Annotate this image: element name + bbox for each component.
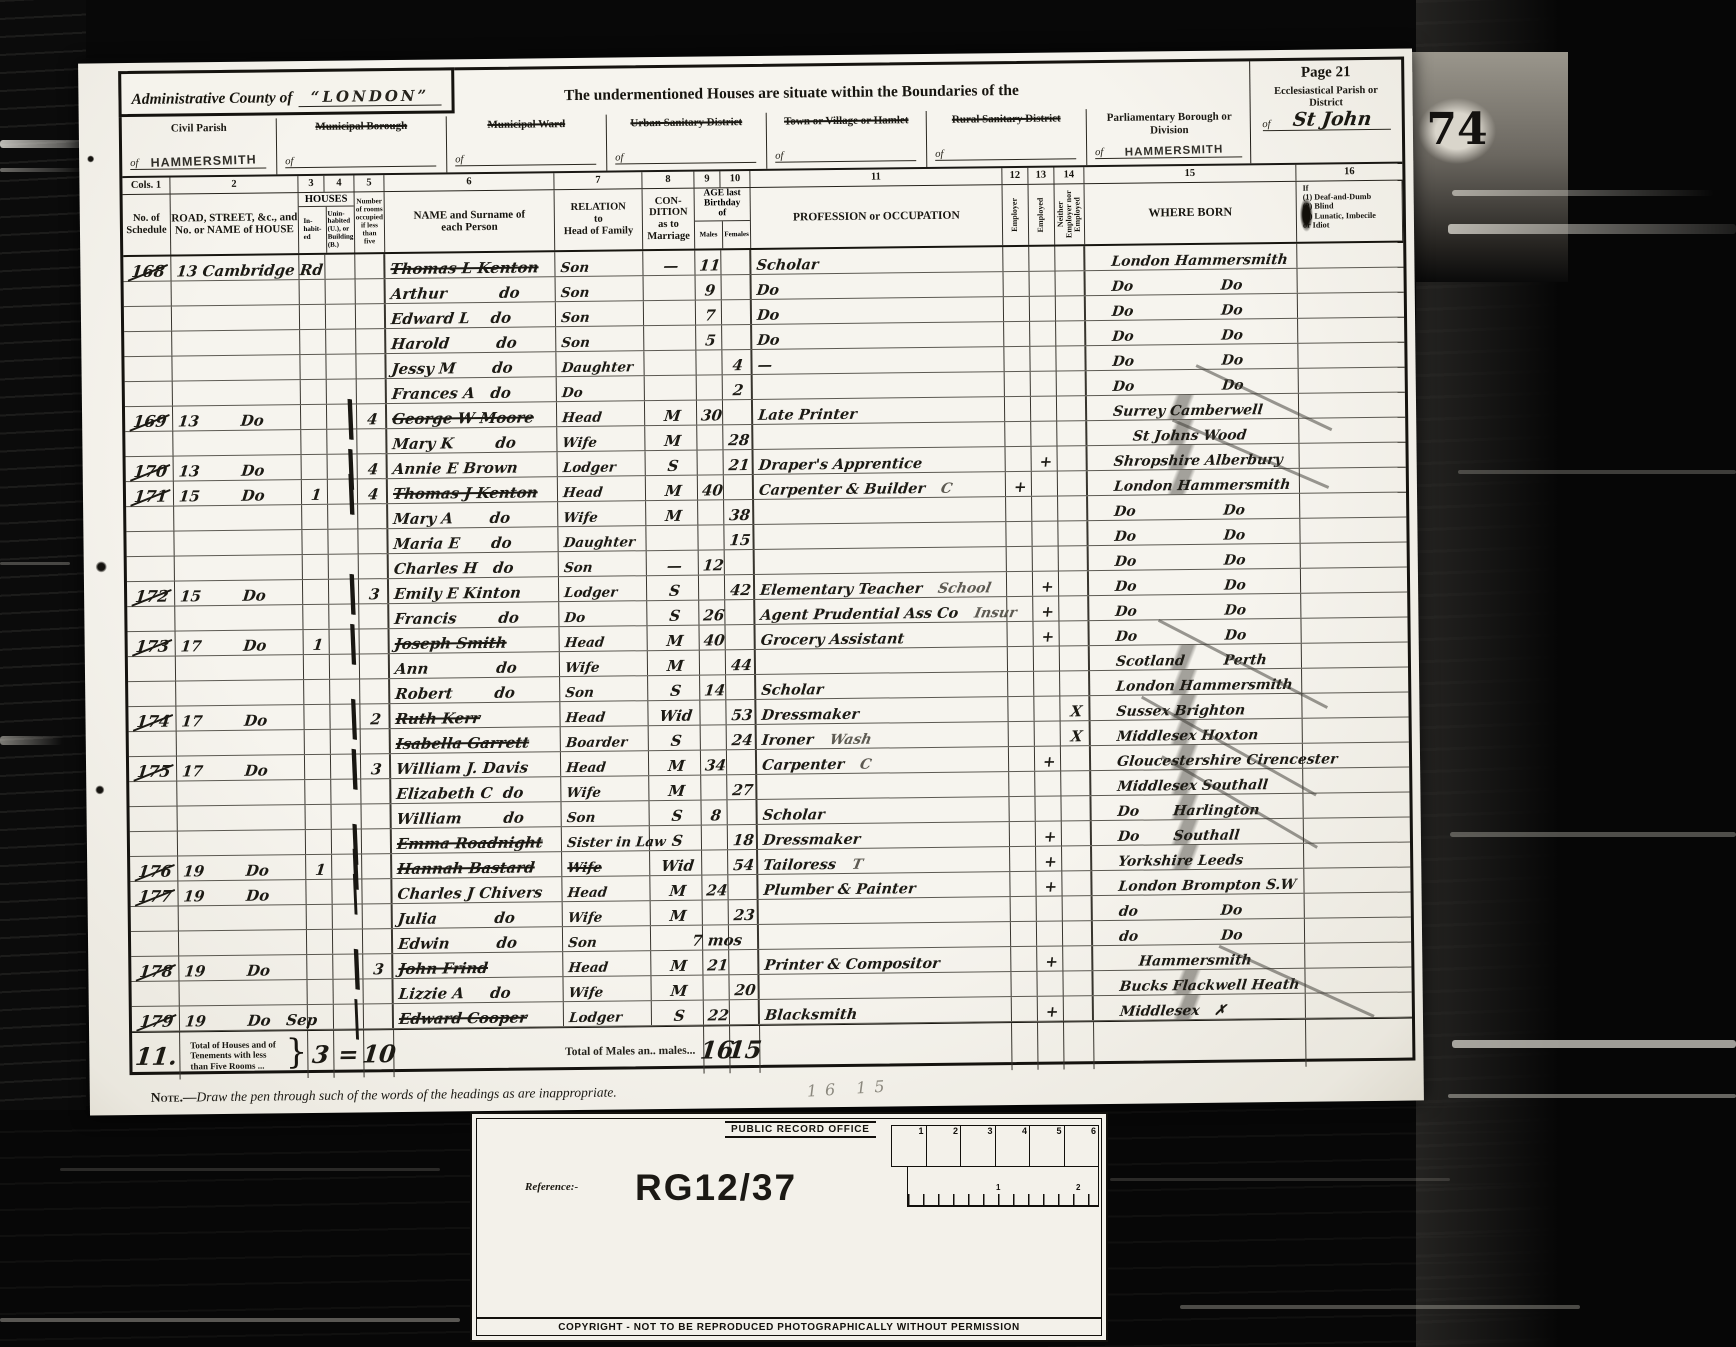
cell-rooms: ╲╲4 (358, 454, 388, 478)
cell-condition: M (645, 426, 697, 451)
cell-rooms (361, 804, 391, 828)
cell-where-born: Middlesex Hoxton (1091, 719, 1303, 745)
municipal-ward-line: of (455, 153, 596, 167)
cell-age-male: 5 (696, 325, 722, 349)
header-infirmities: If (1) Deaf-and-Dumb (2) Blind (3) Lunat… (1296, 181, 1403, 242)
cell-employer (1011, 922, 1037, 946)
cell-infirmities (1305, 943, 1411, 968)
cell-name: Frances A do (387, 377, 557, 403)
cell-age-female (721, 250, 751, 274)
totals-rooms: 10 (364, 1030, 395, 1077)
header-where-born: WHERE BORN (1085, 182, 1298, 244)
parliamentary-borough-line: of HAMMERSMITH (1095, 144, 1242, 159)
cell-road: 13 Do (173, 405, 301, 430)
cell-age-male (699, 575, 725, 599)
cell-road: 15 Do (175, 580, 303, 605)
totals-houses-label: Total of Houses and of Tenements with le… (180, 1037, 277, 1074)
cell-age-female (728, 875, 758, 899)
cell-where-born: London Hammersmith (1088, 469, 1300, 495)
cell-inhabited (300, 305, 326, 329)
cell-where-born: Yorkshire Leeds (1092, 844, 1304, 870)
film-scratch (1180, 1305, 1580, 1309)
cell-where-born: Sussex Brighton (1090, 694, 1302, 720)
cell-infirmities (1302, 693, 1408, 718)
cell-age-female: 4 (722, 350, 752, 374)
cell-where-born: do Do (1093, 919, 1305, 945)
cell-employed: + (1036, 821, 1062, 845)
cell-age-male (697, 425, 723, 449)
cell-relation: Do (557, 376, 645, 401)
col-num-2: 2 (170, 176, 298, 193)
cell-schedule (131, 932, 179, 957)
town-village-label: Town or Village or Hamlet (767, 114, 926, 128)
cell-rooms: ╲ (364, 1004, 394, 1028)
cell-name: Isabella Garrett (391, 727, 561, 753)
cell-where-born: Do Do (1088, 519, 1300, 545)
cell-inhabited (300, 355, 326, 379)
cell-where-born: do Do (1093, 894, 1305, 920)
header-occupation: PROFESSION or OCCUPATION (751, 185, 1004, 248)
cell-employer (1005, 397, 1031, 421)
cell-name: Ann do (390, 652, 560, 678)
cell-employed: + (1038, 996, 1064, 1020)
cell-where-born: Scotland Perth (1090, 644, 1302, 670)
cell-condition: M (646, 476, 698, 501)
cell-age-male: 22 (704, 1000, 730, 1024)
cell-age-female (727, 800, 757, 824)
cell-occupation: Dressmaker (758, 822, 1010, 849)
cell-rooms (363, 979, 393, 1003)
cell-uninhabited (326, 279, 356, 303)
cell-age-female (722, 325, 752, 349)
cell-employer (1007, 622, 1033, 646)
cell-rooms (357, 379, 387, 403)
cell-neither (1059, 571, 1089, 595)
cell-condition (644, 326, 696, 351)
cell-condition: S (646, 451, 698, 476)
cell-rooms: ╲╲3 (359, 579, 389, 603)
ruler-fine-number: 2 (1076, 1183, 1080, 1192)
cell-employer (1005, 372, 1031, 396)
cell-employed (1030, 347, 1056, 371)
cell-age-female (729, 950, 759, 974)
cell-schedule (129, 782, 177, 807)
cell-name: Mary K do (387, 427, 557, 453)
cell-age-male (700, 700, 726, 724)
cell-name: Edward Cooper (394, 1002, 564, 1028)
cell-infirmities (1301, 543, 1407, 568)
cell-condition: M (649, 751, 701, 776)
cell-employer (1004, 272, 1030, 296)
cell-schedule: 171 (126, 482, 174, 507)
cell-age-male: 40 (698, 475, 724, 499)
of-label: of (285, 156, 296, 167)
cell-employer (1004, 322, 1030, 346)
cell-condition (644, 351, 696, 376)
cell-name: Charles J Chivers (392, 877, 562, 903)
cell-age-male (698, 525, 724, 549)
cell-name: William J. Davis (391, 752, 561, 778)
cell-infirmities (1303, 793, 1409, 818)
reference-label: Reference:- (525, 1181, 578, 1193)
cell-condition: S (648, 676, 700, 701)
cell-employer (1006, 497, 1032, 521)
cell-neither (1058, 471, 1088, 495)
cell-name: Edwin do (393, 927, 563, 953)
cell-road (172, 280, 300, 305)
cell-condition: S (649, 801, 701, 826)
district-header-row: Civil Parish of HAMMERSMITH Municipal Bo… (122, 107, 1251, 176)
cell-inhabited (301, 430, 327, 454)
cell-road: 19 Do (178, 855, 306, 880)
col-num-9: 9 (694, 171, 720, 187)
cell-neither (1059, 596, 1089, 620)
cell-employed (1029, 247, 1055, 271)
cell-age-male: 14 (700, 675, 726, 699)
cell-where-born: Do Do (1086, 294, 1298, 320)
cell-neither (1056, 321, 1086, 345)
cell-infirmities (1298, 343, 1404, 368)
cell-neither (1057, 446, 1087, 470)
admin-county-value: “LONDON” (298, 86, 441, 107)
cell-rooms: ╲╲4 (357, 404, 387, 428)
col-num-14: 14 (1054, 167, 1084, 183)
cell-age-female (726, 675, 756, 699)
header-males: Males (695, 221, 723, 248)
cell-occupation: Carpenter & BuilderC (754, 472, 1006, 499)
cell-where-born: Middlesex Southall (1091, 769, 1303, 795)
pro-reference-stamp: PUBLIC RECORD OFFICE Reference:- RG12/37… (470, 1112, 1108, 1342)
cell-neither (1059, 621, 1089, 645)
cell-neither: X (1060, 696, 1090, 720)
cell-where-born: Gloucestershire Cirencester (1091, 744, 1303, 770)
cell-inhabited (303, 555, 329, 579)
ruler-number: 2 (927, 1126, 962, 1166)
cell-occupation: Do (752, 297, 1004, 324)
cell-relation: Wife (563, 901, 651, 926)
cell-uninhabited (333, 929, 363, 953)
cell-where-born: Do Do (1087, 369, 1299, 395)
pencil-annotation: T (850, 858, 863, 872)
table-body: 168 13 Cambridge Rd Thomas L Kenton Son … (123, 243, 1412, 1032)
cell-condition: S (652, 1001, 704, 1026)
cell-infirmities (1305, 918, 1411, 943)
cell-schedule (128, 657, 176, 682)
film-scratch (1452, 190, 1714, 196)
cell-occupation (753, 372, 1005, 399)
cell-age-female (723, 400, 753, 424)
cell-employed (1034, 696, 1060, 720)
cell-name: George W Moore (387, 402, 557, 428)
cell-occupation: Draper's Apprentice (754, 447, 1006, 474)
cell-infirmities (1305, 968, 1411, 993)
cell-age-female (727, 750, 757, 774)
header-females: Females (723, 221, 750, 248)
cell-schedule (131, 907, 179, 932)
cell-relation: Head (557, 401, 645, 426)
cell-condition: M (646, 501, 698, 526)
cell-employed (1030, 322, 1056, 346)
scale-ruler: 1 2 3 4 5 6 1 2 (891, 1125, 1099, 1221)
cell-neither (1064, 996, 1094, 1020)
cell-infirmities (1305, 893, 1411, 918)
col-num-3: 3 (298, 176, 324, 192)
cell-employed (1030, 297, 1056, 321)
col-num-12: 12 (1002, 168, 1028, 184)
cell-uninhabited (329, 554, 359, 578)
header-relation: RELATION to Head of Family (555, 189, 644, 250)
cell-inhabited (306, 830, 332, 854)
civil-parish-line: of HAMMERSMITH (130, 153, 266, 170)
cell-infirmities (1300, 493, 1406, 518)
cell-condition: S (647, 601, 699, 626)
cell-relation: Head (562, 876, 650, 901)
film-number: 74 (1418, 98, 1496, 164)
totals-uninhabited: = (334, 1030, 365, 1077)
cell-relation: Head (558, 476, 646, 501)
cell-uninhabited (334, 1004, 364, 1028)
cell-inhabited (301, 380, 327, 404)
film-scratch (0, 168, 92, 172)
cell-employer (1012, 997, 1038, 1021)
cell-where-born: Do Harlington (1091, 794, 1303, 820)
cell-occupation: CarpenterC (757, 747, 1009, 774)
cell-rooms (356, 304, 386, 328)
cell-age-male (698, 500, 724, 524)
film-scratch (0, 562, 70, 565)
cell-employer (1008, 697, 1034, 721)
cell-condition (646, 526, 698, 551)
cell-relation: Wife (558, 501, 646, 526)
cell-rooms (359, 554, 389, 578)
municipal-ward-cell: Municipal Ward of (447, 115, 608, 173)
col-num-7: 7 (554, 172, 642, 189)
totals-brace: } (285, 1032, 307, 1072)
cell-employer (1010, 872, 1036, 896)
cell-inhabited (308, 1005, 334, 1029)
ecclesiastical-parish-value: St John (1272, 110, 1391, 130)
cell-occupation: Scholar (756, 672, 1008, 699)
cell-infirmities (1298, 318, 1404, 343)
town-village-line: of (775, 149, 916, 163)
of-label: of (1095, 147, 1106, 158)
cell-inhabited (307, 980, 333, 1004)
cell-rooms (357, 429, 387, 453)
cell-neither (1061, 796, 1091, 820)
cell-employed (1037, 896, 1063, 920)
cell-infirmities (1299, 443, 1405, 468)
cell-road (172, 355, 300, 380)
cell-relation: Daughter (558, 526, 646, 551)
cell-age-female (730, 1000, 760, 1024)
cell-occupation (754, 497, 1006, 524)
cell-rooms: ╲╲ (362, 829, 392, 853)
admin-county-box: Administrative County of “LONDON” (118, 67, 455, 117)
header-schedule: No. of Schedule (123, 195, 172, 256)
cell-age-male (701, 725, 727, 749)
cell-schedule (124, 307, 172, 332)
header-neither-text: Neither Employer nor Employed (1056, 190, 1082, 238)
cell-employed (1029, 272, 1055, 296)
header-employed-text: Employed (1037, 197, 1046, 232)
ruler-number: 6 (1065, 1126, 1100, 1166)
cell-road (176, 655, 304, 680)
civil-parish-label: Civil Parish (122, 121, 276, 135)
cell-age-female: 27 (727, 775, 757, 799)
film-scratch (1110, 1178, 1450, 1181)
cell-schedule: 174 (128, 707, 176, 732)
cell-inhabited (306, 805, 332, 829)
col-num-10: 10 (720, 171, 750, 187)
cell-schedule (129, 732, 177, 757)
cell-occupation: Scholar (751, 247, 1003, 274)
cell-neither (1060, 646, 1090, 670)
cell-condition: M (649, 776, 701, 801)
cell-age-male: 9 (696, 275, 722, 299)
cell-road: 13 Cambridge Rd (171, 255, 299, 280)
cell-age-male: 7 (696, 300, 722, 324)
cell-employer (1005, 422, 1031, 446)
cell-inhabited (307, 930, 333, 954)
cell-occupation (759, 922, 1011, 949)
cell-uninhabited (325, 254, 355, 278)
cell-neither (1062, 846, 1092, 870)
census-sheet: Administrative County of “LONDON” The un… (78, 48, 1424, 1115)
cell-road (175, 555, 303, 580)
cell-rooms: ╲╲ (362, 854, 392, 878)
cell-relation: Sister in Law (562, 826, 650, 851)
cell-name: John Frind (393, 952, 563, 978)
civil-parish-cell: Civil Parish of HAMMERSMITH (122, 118, 278, 176)
cell-infirmities (1303, 743, 1409, 768)
cell-occupation: IronerWash (757, 722, 1009, 749)
cell-neither (1063, 896, 1093, 920)
cell-relation: Daughter (556, 351, 644, 376)
cell-age-male (698, 450, 724, 474)
cell-condition: Wid (650, 851, 702, 876)
cell-where-born: Middlesex ✗ (1094, 994, 1306, 1020)
cell-age-male (703, 975, 729, 999)
cell-age-female: 23 (729, 900, 759, 924)
cell-neither (1060, 671, 1090, 695)
cell-employer (1011, 897, 1037, 921)
parliamentary-borough-label: Parliamentary Borough or Division (1087, 110, 1252, 137)
cell-inhabited (305, 755, 331, 779)
page-and-parish-box: Page 21 Ecclesiastical Parish or Distric… (1249, 60, 1402, 164)
cell-occupation: Elementary TeacherSchool (755, 572, 1007, 599)
of-label: of (455, 154, 466, 165)
cell-rooms: ╲╲3 (361, 754, 391, 778)
cell-rooms: ╲╲ (360, 629, 390, 653)
rural-sanitary-label: Rural Sanitary District (927, 112, 1086, 126)
municipal-ward-label: Municipal Ward (447, 118, 606, 132)
cell-name: Ruth Kerr (390, 702, 560, 728)
rural-sanitary-cell: Rural Sanitary District of (927, 109, 1088, 167)
pencil-annotation: Wash (828, 733, 872, 748)
cell-rooms (356, 354, 386, 378)
cell-rooms (358, 504, 388, 528)
header-rooms: Number of rooms occupied if less than fi… (355, 192, 386, 252)
cell-infirmities (1302, 668, 1408, 693)
cell-employed (1031, 422, 1057, 446)
header-age-group: AGE last Birthday of Males Females (695, 188, 752, 249)
cell-road: 19 Do (178, 880, 306, 905)
cell-occupation: — (752, 347, 1004, 374)
cell-age-male: 34 (701, 750, 727, 774)
cell-employer (1009, 722, 1035, 746)
cell-occupation: Agent Prudential Ass CoInsur (755, 597, 1007, 624)
cell-rooms (360, 679, 390, 703)
cell-schedule (126, 532, 174, 557)
header-condition: CON- DITION as to Marriage (643, 189, 696, 250)
header-name: NAME and Surname of each Person (385, 190, 556, 252)
totals-males-value: 16 (704, 1026, 731, 1073)
cell-name: Joseph Smith (390, 627, 560, 653)
cell-occupation: TailoressT (758, 847, 1010, 874)
cell-road (176, 680, 304, 705)
of-label: of (935, 149, 946, 160)
cell-name: Hannah Bastard (392, 852, 562, 878)
page-number: Page 21 (1301, 64, 1351, 82)
cell-inhabited: 1 (306, 855, 332, 879)
header-employer: Employer (1003, 185, 1030, 245)
cell-relation: Head (560, 701, 648, 726)
pro-office-label: PUBLIC RECORD OFFICE (725, 1121, 876, 1138)
cell-age-female (722, 275, 752, 299)
cell-employed (1032, 472, 1058, 496)
census-scan: 74 Administrative County of “LONDON” The… (0, 0, 1736, 1347)
cell-condition: — (647, 551, 699, 576)
cell-relation: Wife (557, 426, 645, 451)
cell-condition: M (651, 951, 703, 976)
cell-age-female: 42 (725, 575, 755, 599)
cell-inhabited (304, 655, 330, 679)
totals-houses-cell: Total of Houses and of Tenements with le… (180, 1031, 309, 1079)
cell-infirmities (1298, 293, 1404, 318)
cell-relation: Head (563, 951, 651, 976)
cell-occupation: Blacksmith (760, 997, 1012, 1024)
of-label: of (775, 151, 786, 162)
header-uninhabited: Unin- habited (U.), or Building (B.) (327, 206, 355, 252)
cell-condition: M (651, 901, 703, 926)
ruler-number: 4 (996, 1126, 1031, 1166)
cell-name: Harold do (386, 327, 556, 353)
cell-road (172, 305, 300, 330)
cell-where-born: Do Do (1086, 319, 1298, 345)
cell-inhabited (305, 780, 331, 804)
cell-name: Robert do (390, 677, 560, 703)
cell-name: Elizabeth C do (391, 777, 561, 803)
cell-condition (644, 301, 696, 326)
cell-name: Jessy M do (386, 352, 556, 378)
ink-dot (95, 785, 104, 794)
cell-inhabited (301, 405, 327, 429)
cell-name: Maria E do (388, 527, 558, 553)
rural-sanitary-line: of (935, 147, 1076, 161)
cell-neither (1063, 946, 1093, 970)
cell-employed (1034, 647, 1060, 671)
ecclesiastical-parish-label: Ecclesiastical Parish or District (1266, 85, 1386, 110)
cell-rooms (361, 779, 391, 803)
film-scratch (1448, 224, 1736, 234)
ink-dot (87, 155, 94, 162)
film-scratch (1450, 832, 1736, 837)
col-num-11: 11 (750, 168, 1002, 187)
cell-relation: Head (560, 626, 648, 651)
cell-uninhabited (326, 354, 356, 378)
film-scratch (60, 1168, 440, 1171)
cell-neither (1057, 421, 1087, 445)
